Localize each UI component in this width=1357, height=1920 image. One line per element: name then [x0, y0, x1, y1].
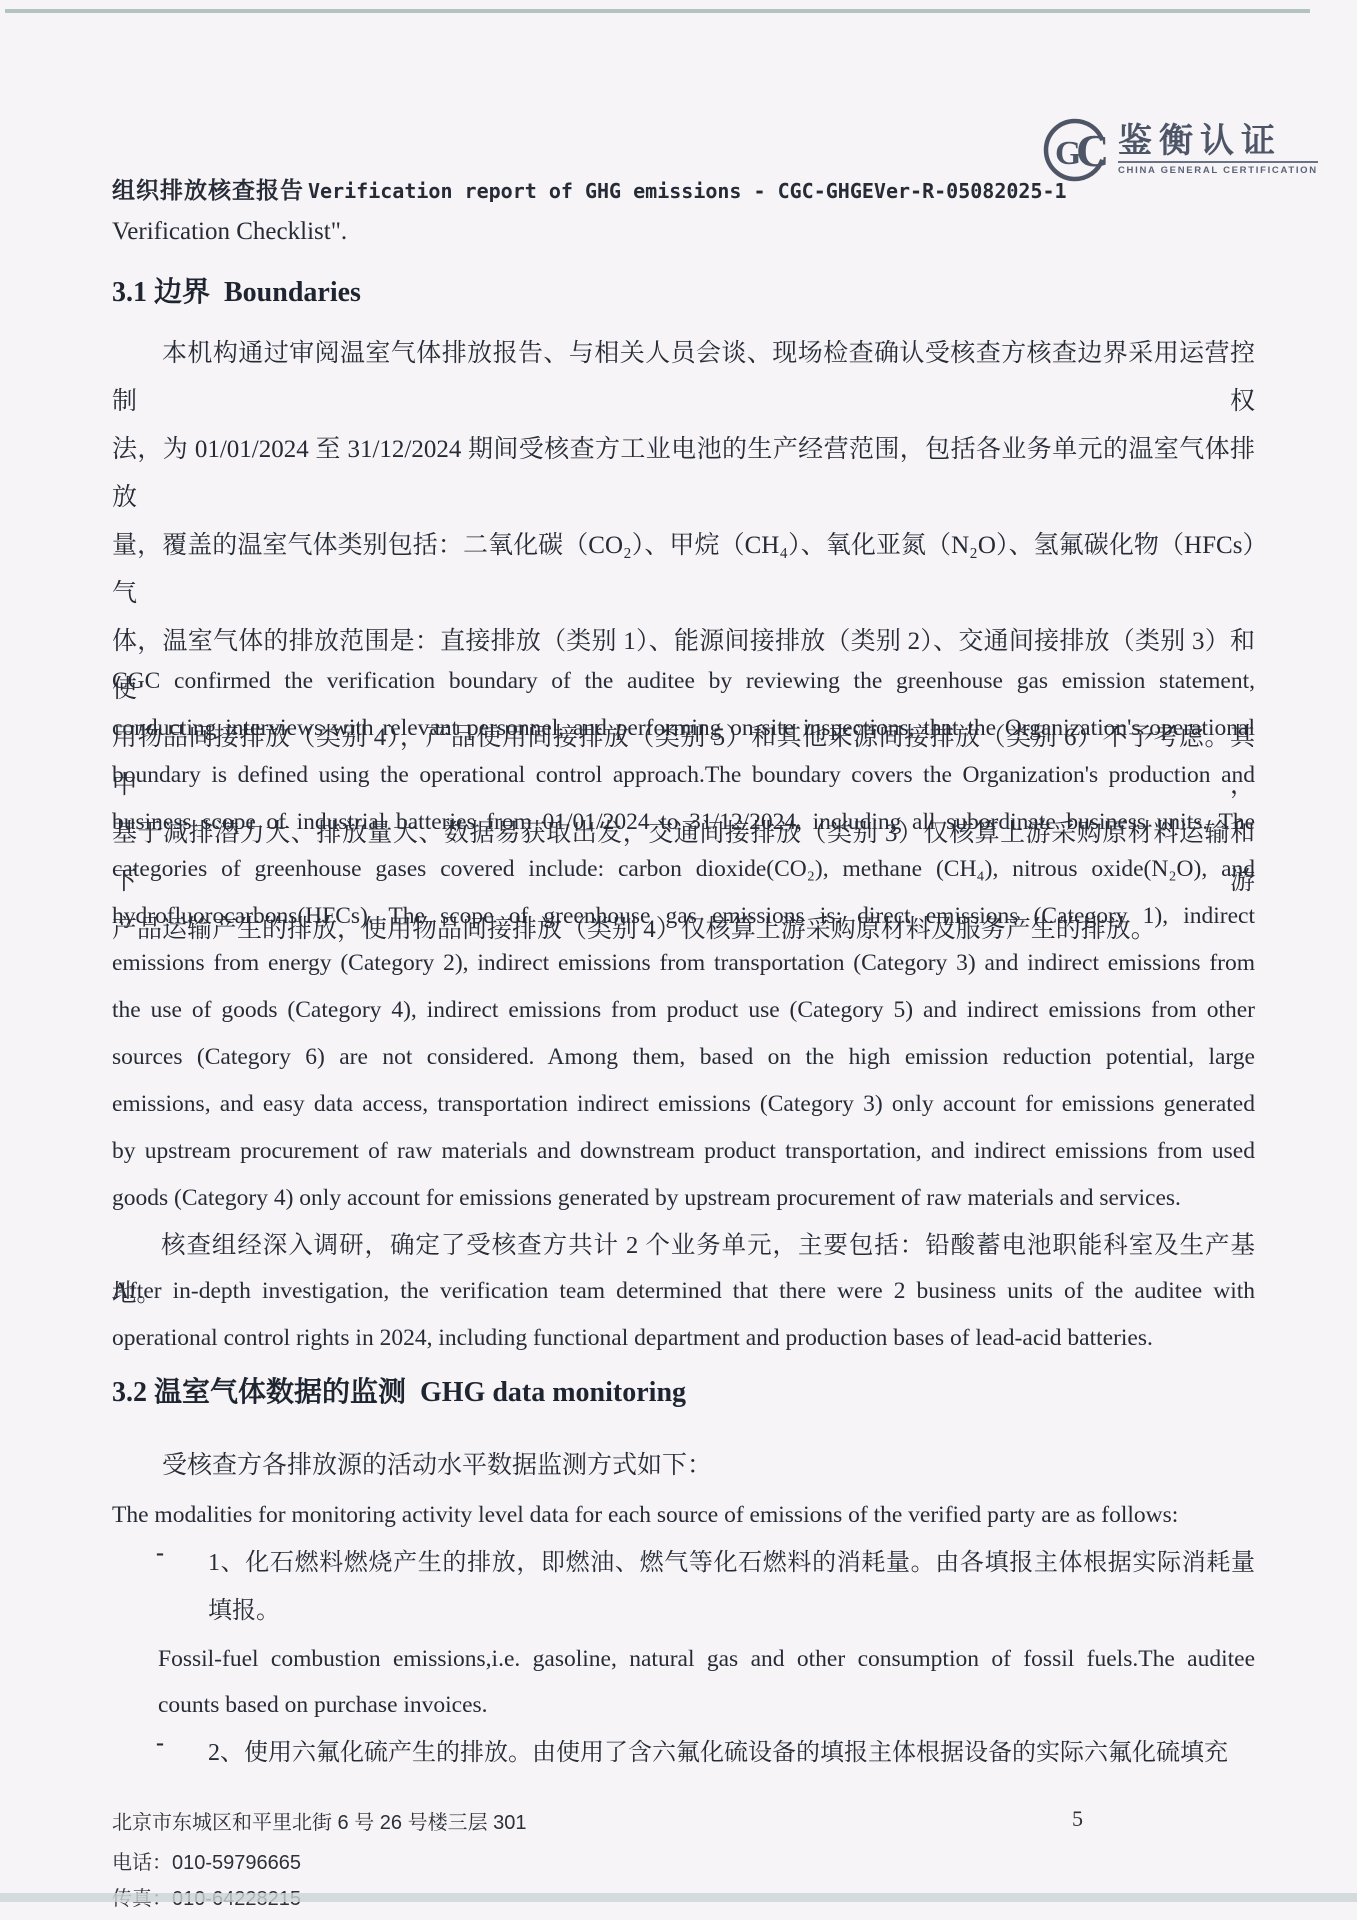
- footer-address: 北京市东城区和平里北街 6 号 26 号楼三层 301: [112, 1806, 1112, 1835]
- monitoring-en-intro: The modalities for monitoring activity l…: [112, 1492, 1255, 1539]
- list-item-1-en: Fossil-fuel combustion emissions,i.e. ga…: [112, 1636, 1255, 1728]
- logo-name-en: CHINA GENERAL CERTIFICATION: [1118, 161, 1318, 176]
- report-header: 组织排放核查报告 Verification report of GHG emis…: [112, 168, 1112, 215]
- boundaries-en-paragraph: CGC confirmed the verification boundary …: [112, 658, 1255, 1222]
- business-units-en-paragraph: After in-depth investigation, the verifi…: [112, 1268, 1255, 1362]
- list-item-2: - 2、使用六氟化硫产生的排放。由使用了含六氟化硫设备的填报主体根据设备的实际六…: [112, 1730, 1255, 1778]
- logo-text: 鉴衡认证 CHINA GENERAL CERTIFICATION: [1118, 124, 1318, 176]
- lead-text: Verification Checklist".: [112, 218, 1255, 246]
- list-item-1-en-text: Fossil-fuel combustion emissions,i.e. ga…: [158, 1636, 1255, 1728]
- report-title-zh: 组织排放核查报告: [112, 177, 304, 203]
- document-page: 组织排放核查报告 Verification report of GHG emis…: [0, 0, 1357, 1920]
- bottom-scan-strip: [0, 1893, 1357, 1902]
- cgc-logo: G C 鉴衡认证 CHINA GENERAL CERTIFICATION: [1040, 110, 1300, 190]
- footer-phone: 电话：010-59796665: [112, 1846, 1112, 1875]
- gc-monogram-icon: G C: [1040, 114, 1110, 186]
- report-title-en: Verification report of GHG emissions - C…: [308, 179, 1067, 203]
- dash-marker: -: [156, 1540, 164, 1567]
- dash-marker: -: [156, 1730, 164, 1757]
- logo-name-zh: 鉴衡认证: [1118, 124, 1318, 160]
- list-item-1: - 1、化石燃料燃烧产生的排放，即燃油、燃气等化石燃料的消耗量。由各填报主体根据…: [112, 1540, 1255, 1635]
- top-scan-rule: [5, 9, 1310, 13]
- monitoring-cn-intro: 受核查方各排放源的活动水平数据监测方式如下：: [112, 1442, 1255, 1490]
- list-item-1-text: 1、化石燃料燃烧产生的排放，即燃油、燃气等化石燃料的消耗量。由各填报主体根据实际…: [208, 1540, 1255, 1635]
- page-number: 5: [1072, 1806, 1112, 1832]
- list-item-2-text: 2、使用六氟化硫产生的排放。由使用了含六氟化硫设备的填报主体根据设备的实际六氟化…: [208, 1730, 1255, 1778]
- section-3-1-heading: 3.1 边界 Boundaries: [112, 270, 1255, 310]
- svg-text:C: C: [1076, 125, 1109, 176]
- section-3-2-heading: 3.2 温室气体数据的监测 GHG data monitoring: [112, 1370, 1255, 1410]
